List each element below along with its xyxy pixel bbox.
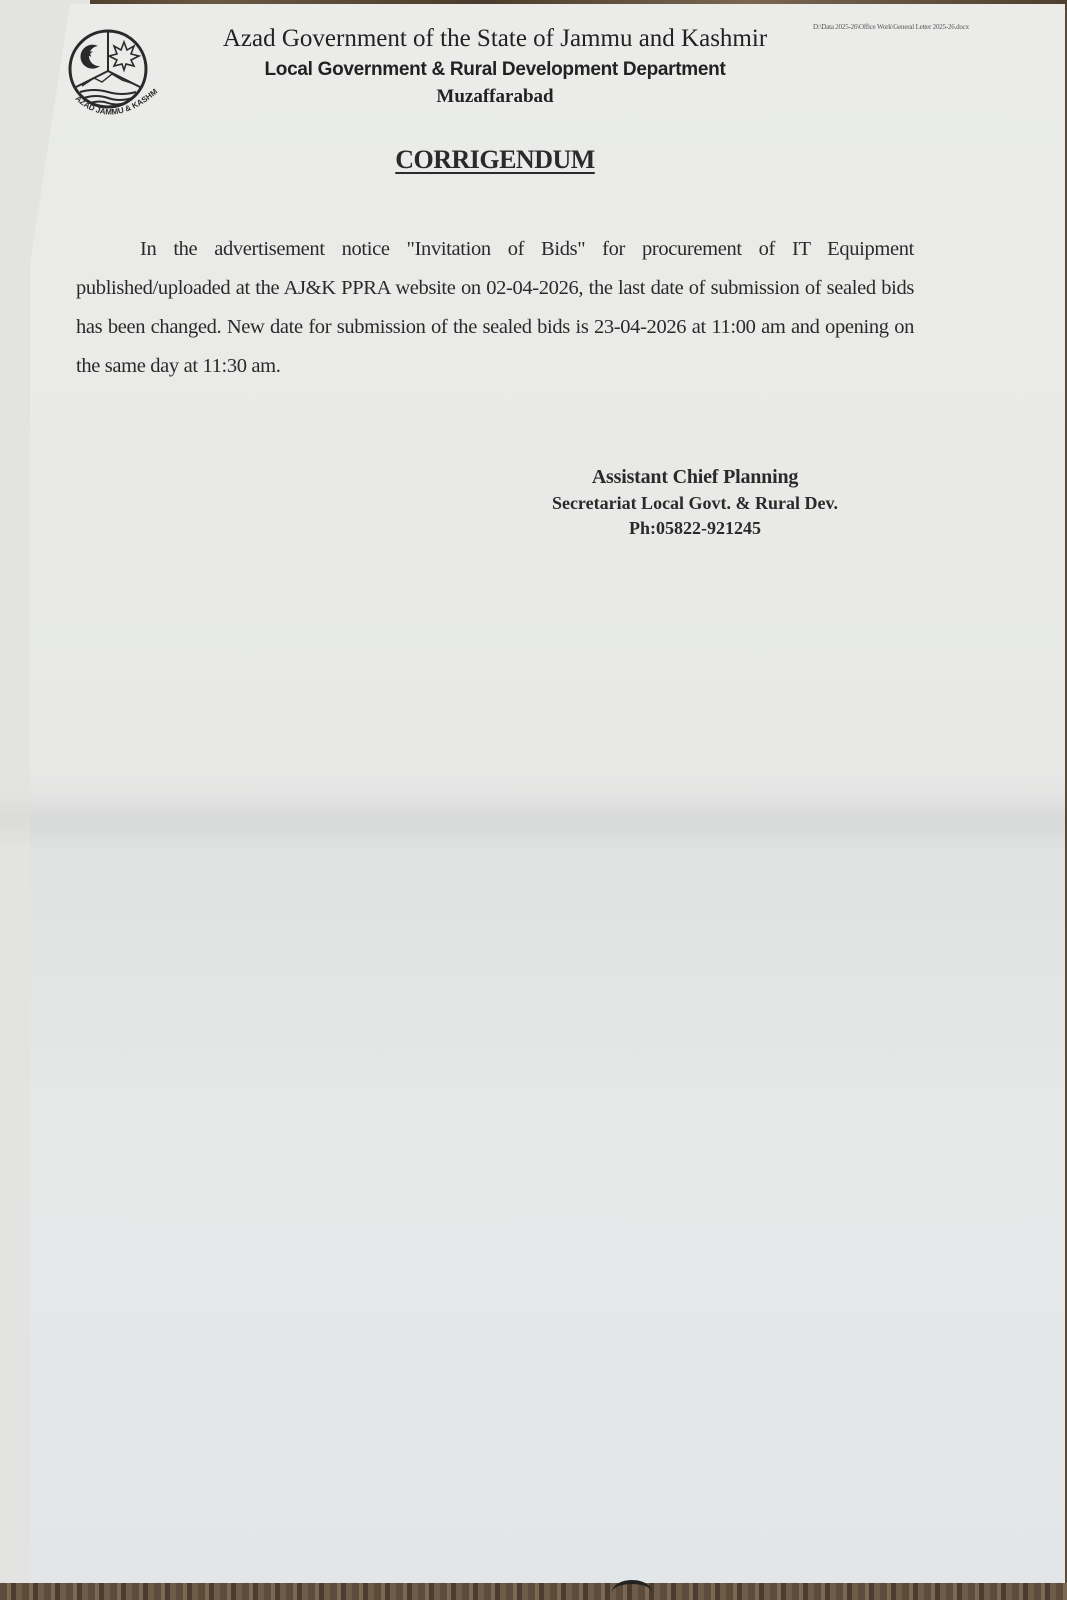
document-title: CORRIGENDUM	[375, 145, 615, 175]
department-name: Local Government & Rural Development Dep…	[180, 56, 810, 84]
city-name: Muzaffarabad	[180, 84, 810, 110]
signatory-phone: Ph:05822-921245	[520, 516, 870, 540]
signatory-office: Secretariat Local Govt. & Rural Dev.	[520, 490, 870, 516]
letterhead: Azad Government of the State of Jammu an…	[180, 22, 810, 110]
ajk-emblem-icon: AZAD JAMMU & KASHMIR	[60, 24, 160, 124]
signature-block: Assistant Chief Planning Secretariat Loc…	[520, 465, 870, 540]
table-surface-bottom	[0, 1583, 1067, 1600]
file-reference-path: D:\Data 2025-26\Office Work\General Lett…	[813, 23, 969, 31]
notice-body: In the advertisement notice "Invitation …	[76, 230, 914, 386]
signatory-designation: Assistant Chief Planning	[520, 465, 870, 490]
government-name: Azad Government of the State of Jammu an…	[180, 22, 810, 56]
pen-clip-shape	[612, 1580, 652, 1600]
